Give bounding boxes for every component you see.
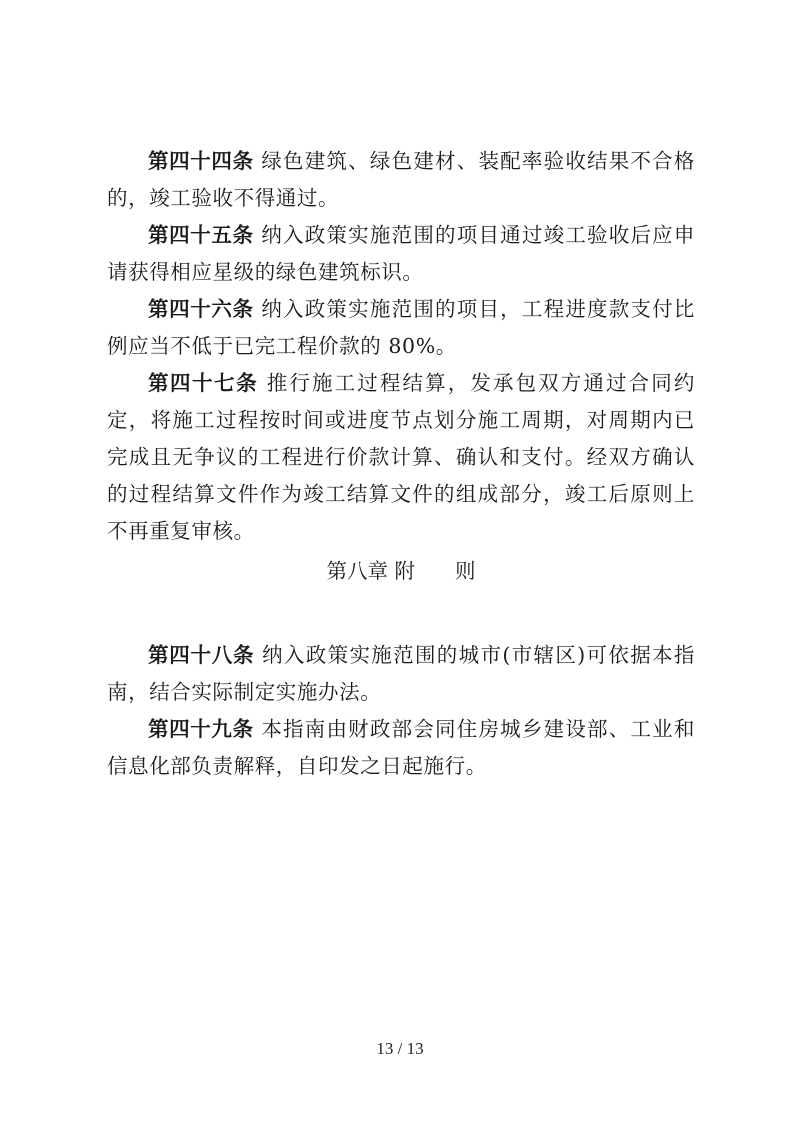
article-label: 第四十六条 bbox=[148, 297, 254, 321]
article-46: 第四十六条 纳入政策实施范围的项目，工程进度款支付比例应当不低于已完工程价款的 … bbox=[107, 291, 695, 365]
article-45: 第四十五条 纳入政策实施范围的项目通过竣工验收后应申请获得相应星级的绿色建筑标识… bbox=[107, 217, 695, 291]
article-label: 第四十五条 bbox=[148, 223, 254, 247]
article-44: 第四十四条 绿色建筑、绿色建材、装配率验收结果不合格的，竣工验收不得通过。 bbox=[107, 143, 695, 217]
article-49: 第四十九条 本指南由财政部会同住房城乡建设部、工业和信息化部负责解释，自印发之日… bbox=[107, 711, 695, 785]
document-page: 第四十四条 绿色建筑、绿色建材、装配率验收结果不合格的，竣工验收不得通过。 第四… bbox=[0, 0, 800, 1131]
page-number: 13 / 13 bbox=[0, 1039, 800, 1059]
chapter-title-prefix: 第八章 附 bbox=[326, 559, 415, 583]
article-label: 第四十七条 bbox=[148, 371, 258, 395]
article-label: 第四十八条 bbox=[148, 643, 254, 667]
article-48: 第四十八条 纳入政策实施范围的城市(市辖区)可依据本指南，结合实际制定实施办法。 bbox=[107, 637, 695, 711]
article-label: 第四十九条 bbox=[148, 717, 254, 741]
article-label: 第四十四条 bbox=[148, 149, 254, 173]
chapter-title-suffix: 则 bbox=[455, 559, 476, 583]
document-body: 第四十四条 绿色建筑、绿色建材、装配率验收结果不合格的，竣工验收不得通过。 第四… bbox=[107, 143, 695, 785]
article-47: 第四十七条 推行施工过程结算，发承包双方通过合同约定，将施工过程按时间或进度节点… bbox=[107, 365, 695, 550]
article-text: 推行施工过程结算，发承包双方通过合同约定，将施工过程按时间或进度节点划分施工周期… bbox=[107, 371, 695, 543]
chapter-heading: 第八章 附则 bbox=[107, 553, 695, 590]
